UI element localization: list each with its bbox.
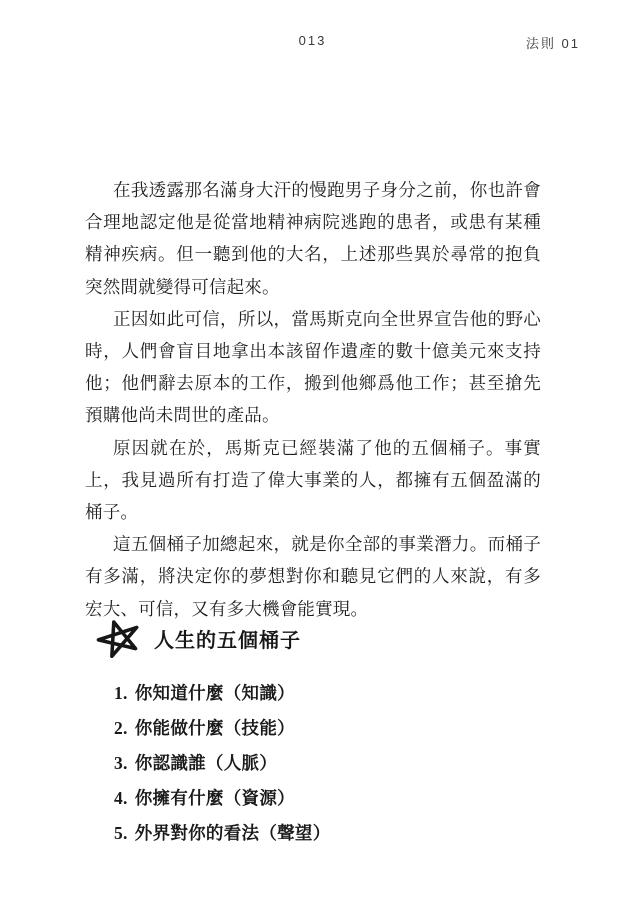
- list-item-text: 你認識誰（人脈）: [135, 753, 277, 773]
- list-item-text: 你擁有什麼（資源）: [135, 788, 295, 808]
- list-item: 3.你認識誰（人脈）: [114, 746, 331, 781]
- list-item: 2.你能做什麼（技能）: [114, 711, 331, 746]
- list-item: 4.你擁有什麼（資源）: [114, 781, 331, 816]
- list-item-text: 外界對你的看法（聲望）: [135, 823, 331, 843]
- list-item-number: 2.: [114, 711, 128, 746]
- section-label: 法則 01: [526, 33, 580, 52]
- paragraph-4: 這五個桶子加總起來，就是你全部的事業潛力。而桶子有多滿，將決定你的夢想對你和聽見…: [85, 528, 541, 625]
- paragraph-3: 原因就在於，馬斯克已經裝滿了他的五個桶子。事實上，我見過所有打造了偉大事業的人，…: [85, 432, 541, 529]
- list-item-text: 你能做什麼（技能）: [135, 718, 295, 738]
- section-heading: 人生的五個桶子: [96, 618, 301, 658]
- list-item: 5.外界對你的看法（聲望）: [114, 816, 331, 851]
- bucket-list: 1.你知道什麼（知識） 2.你能做什麼（技能） 3.你認識誰（人脈） 4.你擁有…: [114, 676, 331, 851]
- list-item: 1.你知道什麼（知識）: [114, 676, 331, 711]
- body-text: 在我透露那名滿身大汗的慢跑男子身分之前，你也許會合理地認定他是從當地精神病院逃跑…: [85, 174, 541, 625]
- section-title: 人生的五個桶子: [154, 624, 301, 653]
- running-head: 013 法則 01: [0, 33, 625, 53]
- list-item-number: 5.: [114, 816, 128, 851]
- paragraph-1: 在我透露那名滿身大汗的慢跑男子身分之前，你也許會合理地認定他是從當地精神病院逃跑…: [85, 174, 541, 303]
- list-item-text: 你知道什麼（知識）: [135, 683, 295, 703]
- book-page: 013 法則 01 在我透露那名滿身大汗的慢跑男子身分之前，你也許會合理地認定他…: [0, 0, 625, 900]
- list-item-number: 3.: [114, 746, 128, 781]
- star-icon: [96, 618, 142, 658]
- list-item-number: 4.: [114, 781, 128, 816]
- list-item-number: 1.: [114, 676, 128, 711]
- paragraph-2: 正因如此可信，所以，當馬斯克向全世界宣告他的野心時，人們會盲目地拿出本該留作遺產…: [85, 303, 541, 432]
